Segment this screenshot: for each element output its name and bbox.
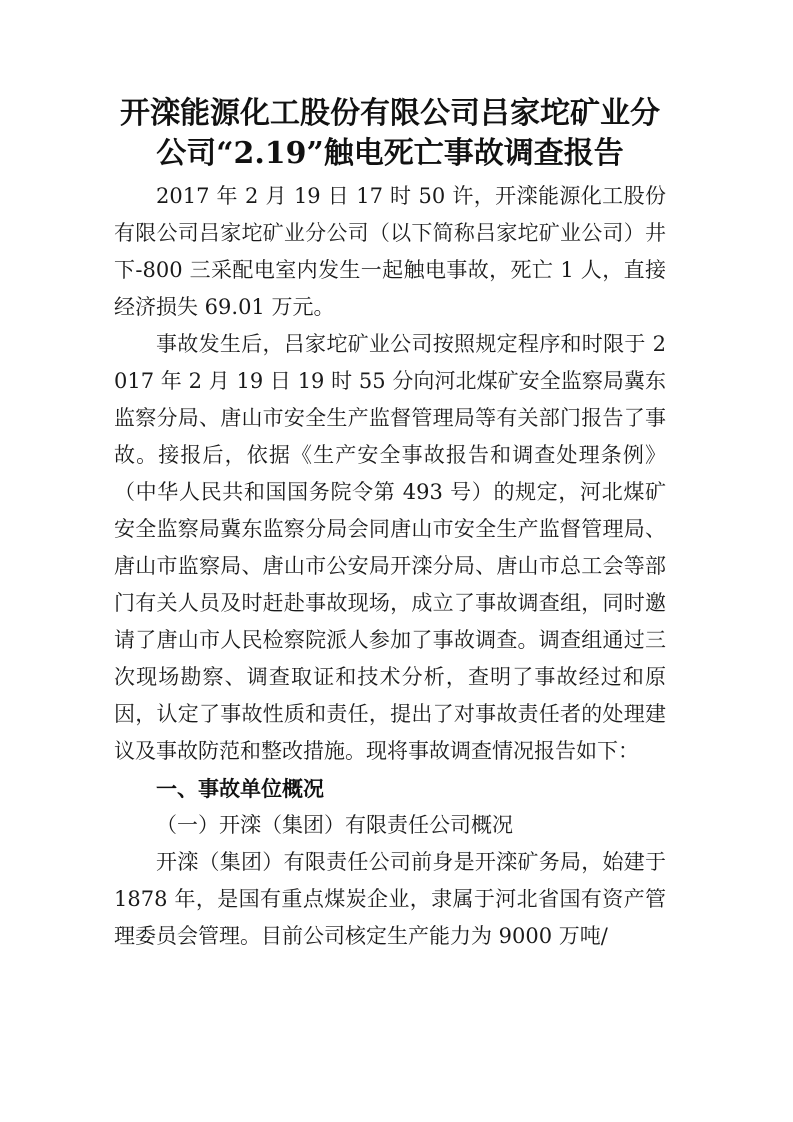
document-content: 开滦能源化工股份有限公司吕家坨矿业分公司“2.19”触电死亡事故调查报告 201…: [114, 94, 666, 955]
document-title: 开滦能源化工股份有限公司吕家坨矿业分公司“2.19”触电死亡事故调查报告: [114, 94, 666, 174]
document-page: 开滦能源化工股份有限公司吕家坨矿业分公司“2.19”触电死亡事故调查报告 201…: [0, 0, 793, 1122]
section-heading-accident-unit-overview: 一、事故单位概况: [114, 770, 666, 807]
subsection-heading-kailuan-group-overview: （一）开滦（集团）有限责任公司概况: [114, 807, 666, 844]
paragraph-intro: 2017 年 2 月 19 日 17 时 50 许，开滦能源化工股份有限公司吕家…: [114, 178, 666, 326]
paragraph-kailuan-group-history: 开滦（集团）有限责任公司前身是开滦矿务局，始建于 1878 年，是国有重点煤炭企…: [114, 844, 666, 955]
paragraph-investigation-setup: 事故发生后，吕家坨矿业公司按照规定程序和时限于 2017 年 2 月 19 日 …: [114, 326, 666, 770]
